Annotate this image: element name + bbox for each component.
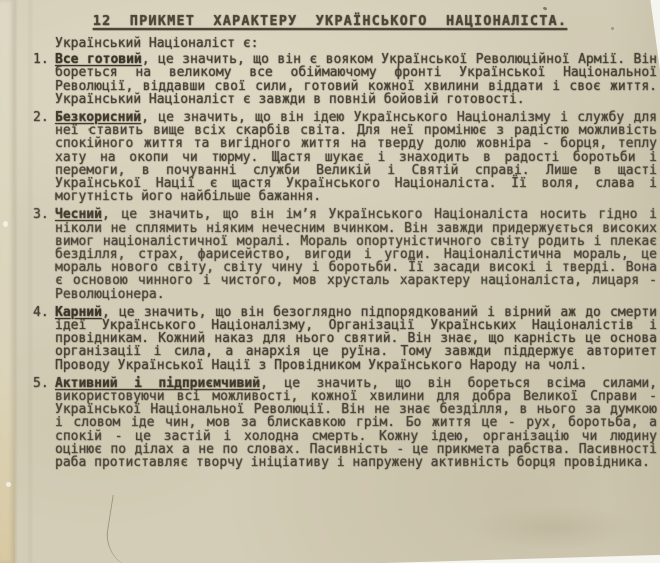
traits-list: 1.Все готовий, це значить, що він є вояк… [33,53,657,469]
item-text: , це значить, що він бореться всіма сила… [55,376,657,470]
paper-stain [470,505,640,550]
scratch-mark [102,495,148,563]
paper-fold-left [0,0,15,563]
paper-edge-bottom-right [385,554,660,563]
item-text: , це значить, що він ідею Українського Н… [55,110,657,204]
trait-item-1: 1.Все готовий, це значить, що він є вояк… [33,53,657,106]
trait-item-3: 3.Чесний, це значить, що він ім’я Україн… [33,208,657,300]
document-body: Український Націоналіст є: 1.Все готовий… [33,37,657,474]
item-text: , це значить, що він безоглядно підпоряд… [55,305,657,373]
item-number: 4. [33,306,49,319]
trait-item-2: 2.Безкорисний, це значить, що він ідею У… [33,111,657,203]
scanned-document-page: 12 ПРИКМЕТ ХАРАКТЕРУ УКРАЇНСЬКОГО НАЦІОН… [0,0,660,563]
item-number: 2. [33,111,49,124]
item-text: , це значить, що він ім’я Українського Н… [55,207,657,301]
item-number: 3. [33,208,49,221]
trait-item-5: 5.Активний і підприємчивий, це значить, … [33,377,657,469]
item-number: 1. [33,53,49,66]
trait-item-4: 4.Карний, це значить, що він безоглядно … [33,306,657,372]
document-title: 12 ПРИКМЕТ ХАРАКТЕРУ УКРАЇНСЬКОГО НАЦІОН… [0,13,660,29]
paper-speck-white [6,482,11,487]
item-text: , це значить, що він є вояком Українсько… [55,52,657,107]
intro-line: Український Націоналіст є: [33,37,657,50]
paper-speck-white [3,221,8,227]
ink-speck [543,6,548,10]
item-number: 5. [33,377,49,390]
